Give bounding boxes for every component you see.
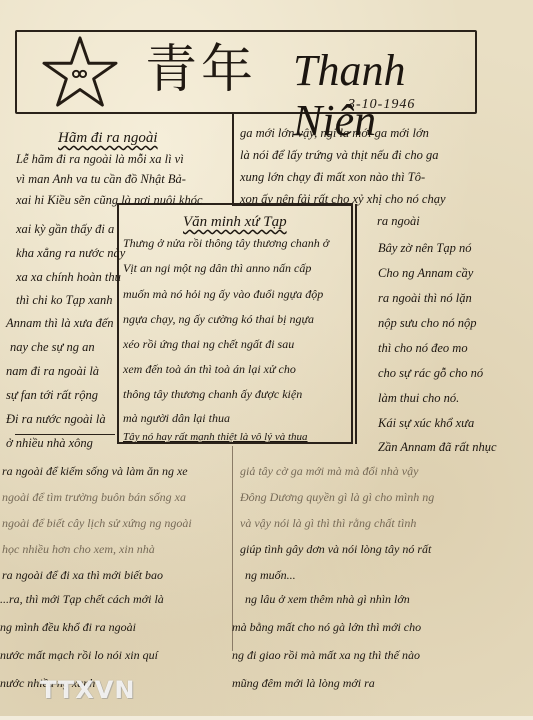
text-line: ra ngoài (377, 214, 420, 228)
text-line: là nói để lấy trứng và thịt nếu đi cho g… (240, 148, 438, 162)
text-line: giả tây cờ ga mới mà mà đổi nhà vậy (240, 464, 418, 478)
text-line: Đi ra nước ngoài là (6, 412, 106, 426)
masthead-date: 3-10-1946 (344, 98, 419, 113)
text-line: ng lâu ở xem thêm nhà gì nhìn lớn (245, 592, 410, 606)
text-line: xem đến toà án thì toà án lại xử cho (123, 362, 296, 376)
text-line: ng mình đều khổ đi ra ngoài (0, 620, 136, 634)
text-line: xon ấy nên fải rất cho xỷ xhị cho nó chạ… (240, 192, 446, 206)
text-line: xai kỳ gần thấy đi a (16, 222, 114, 236)
text-line: ...ra, thì mới Tạp chết cách mới là (0, 592, 164, 606)
text-line: ga mới lớn vậy, ngi la mới ga mới lớn (240, 126, 429, 140)
text-line: giúp tình gây dơn và nói lòng tây nó rất (240, 542, 431, 556)
text-line: ng muốn... (245, 568, 296, 582)
text-line: Cho ng Annam cầy (378, 266, 473, 280)
rule-left-lower (15, 434, 115, 435)
text-line: mũng đêm mới là lòng mới ra (232, 676, 375, 690)
page-bottom-edge (0, 716, 533, 720)
text-line: thì cho nó đeo mo (378, 341, 468, 355)
text-line: thông tây thương chanh ấy được kiện (123, 387, 302, 401)
text-line: ngựa chạy, ng ấy cường kó thai bị ngựa (123, 312, 314, 326)
masthead-han-characters: 青年 (145, 40, 257, 100)
text-line: xai hi Kiều sẽn cũng là nơi nuôi khóc (16, 193, 203, 207)
text-line: muốn mà nó hỏi ng ấy vào đuổi ngựa độp (123, 287, 323, 301)
column-divider-top (232, 114, 234, 206)
text-line: xung lớn chạy đi mất xon nào thì Tô- (240, 170, 425, 184)
text-line: xéo rồi ứng thai ng chết ngất đi sau (123, 337, 294, 351)
text-line: ng đi giao rồi mà mất xa ng thì thế nào (232, 648, 420, 662)
masthead-box: 青年 Thanh Niên 3-10-1946 (15, 30, 477, 114)
ttxvn-watermark: TTXVN (40, 676, 135, 704)
text-line: kha xẳng ra nước này (16, 246, 125, 260)
text-line: nam đi ra ngoài là (6, 364, 99, 378)
text-line: ra ngoài để đi xa thì mới biết bao (2, 568, 163, 582)
boxed-article-heading: Văn minh xứ Tạp (183, 214, 287, 230)
text-line: Đông Dương quyền gì là gì cho mình ng (240, 490, 434, 504)
text-line: cho sự rác gỗ cho nó (378, 366, 483, 380)
text-line: ngoài để biết cây lịch sử xứng ng ngoài (2, 516, 192, 530)
left-article-heading: Hãm đi ra ngoài (58, 130, 158, 146)
text-line: Bây zờ nên Tạp nó (378, 241, 471, 255)
text-line: và vậy nói là gì thì thì rằng chất tình (240, 516, 416, 530)
text-line: Kái sự xúc khổ xưa (378, 416, 474, 430)
text-line: ngoài để tìm trường buôn bán sống xa (2, 490, 186, 504)
text-line: ở nhiều nhà xông (6, 436, 93, 450)
text-line: Annam thì là xưa đến (6, 316, 114, 330)
star-icon (41, 35, 119, 109)
text-line: xa xa chính hoàn thu (16, 270, 121, 284)
text-line: làm thui cho nó. (378, 391, 459, 405)
text-line: ra ngoài thì nó lặn (378, 291, 472, 305)
text-line: Vịt an ngi một ng dân thì anno nấn cấp (123, 261, 311, 275)
text-line: sự fan tới rất rộng (6, 388, 98, 402)
text-line: mà người dân lại thua (123, 411, 230, 425)
text-line: Tây nó hay rất mạnh thiệt là vô lý và th… (123, 430, 308, 444)
text-line: nay che sự ng an (10, 340, 95, 354)
text-line: ra ngoài để kiếm sống và làm ăn ng xe (2, 464, 188, 478)
text-line: Zần Annam đã rất nhục (378, 440, 497, 454)
text-line: mà bằng mất cho nó gà lớn thì mới cho (232, 620, 421, 634)
text-line: Thưng ở nửa rồi thông tây thương chanh ở (123, 236, 329, 250)
text-line: vì man Anh va tu cần đồ Nhật Bả- (16, 172, 186, 186)
text-line: học nhiều hơn cho xem, xin nhà (2, 542, 155, 556)
text-line: Lễ hãm đi ra ngoài là mỗi xa lì vì (16, 152, 184, 166)
text-line: nộp sưu cho nó nộp (378, 316, 476, 330)
text-line: nước mất mạch rồi lo nói xin quí (0, 648, 158, 662)
column-divider-right (355, 204, 357, 444)
text-line: thì chi ko Tạp xanh (16, 293, 113, 307)
